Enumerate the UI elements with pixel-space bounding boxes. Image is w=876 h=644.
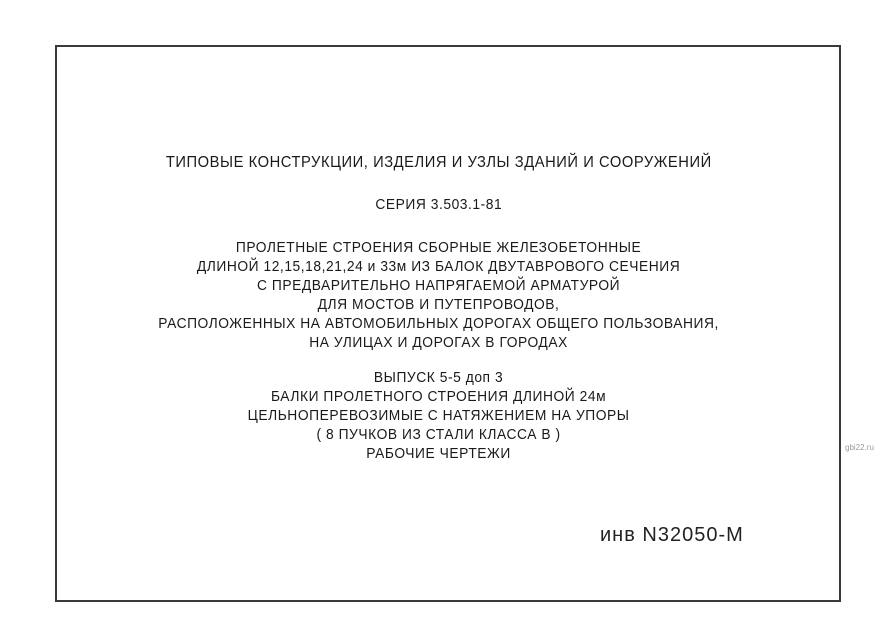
description-line: НА УЛИЦАХ И ДОРОГАХ В ГОРОДАХ [36,333,842,352]
document-title: ТИПОВЫЕ КОНСТРУКЦИИ, ИЗДЕЛИЯ И УЗЛЫ ЗДАН… [36,154,842,172]
issue-block: ВЫПУСК 5-5 доп 3 БАЛКИ ПРОЛЕТНОГО СТРОЕН… [0,368,876,463]
description-line: ДЛЯ МОСТОВ И ПУТЕПРОВОДОВ, [36,295,842,314]
issue-line: РАБОЧИЕ ЧЕРТЕЖИ [36,444,842,463]
issue-line: БАЛКИ ПРОЛЕТНОГО СТРОЕНИЯ ДЛИНОЙ 24м [36,387,842,406]
issue-line: ( 8 ПУЧКОВ ИЗ СТАЛИ КЛАССА В ) [36,425,842,444]
issue-line: ЦЕЛЬНОПЕРЕВОЗИМЫЕ С НАТЯЖЕНИЕМ НА УПОРЫ [36,406,842,425]
inventory-number: инв N32050-М [600,524,744,546]
description-line: С ПРЕДВАРИТЕЛЬНО НАПРЯГАЕМОЙ АРМАТУРОЙ [36,276,842,295]
issue-line: ВЫПУСК 5-5 доп 3 [36,368,842,387]
description-block: ПРОЛЕТНЫЕ СТРОЕНИЯ СБОРНЫЕ ЖЕЛЕЗОБЕТОННЫ… [0,238,876,352]
description-line: РАСПОЛОЖЕННЫХ НА АВТОМОБИЛЬНЫХ ДОРОГАХ О… [36,314,842,333]
watermark: gbi22.ru [845,443,874,453]
description-line: ДЛИНОЙ 12,15,18,21,24 и 33м ИЗ БАЛОК ДВУ… [36,257,842,276]
description-line: ПРОЛЕТНЫЕ СТРОЕНИЯ СБОРНЫЕ ЖЕЛЕЗОБЕТОННЫ… [36,238,842,257]
series-number: СЕРИЯ 3.503.1-81 [36,196,842,213]
